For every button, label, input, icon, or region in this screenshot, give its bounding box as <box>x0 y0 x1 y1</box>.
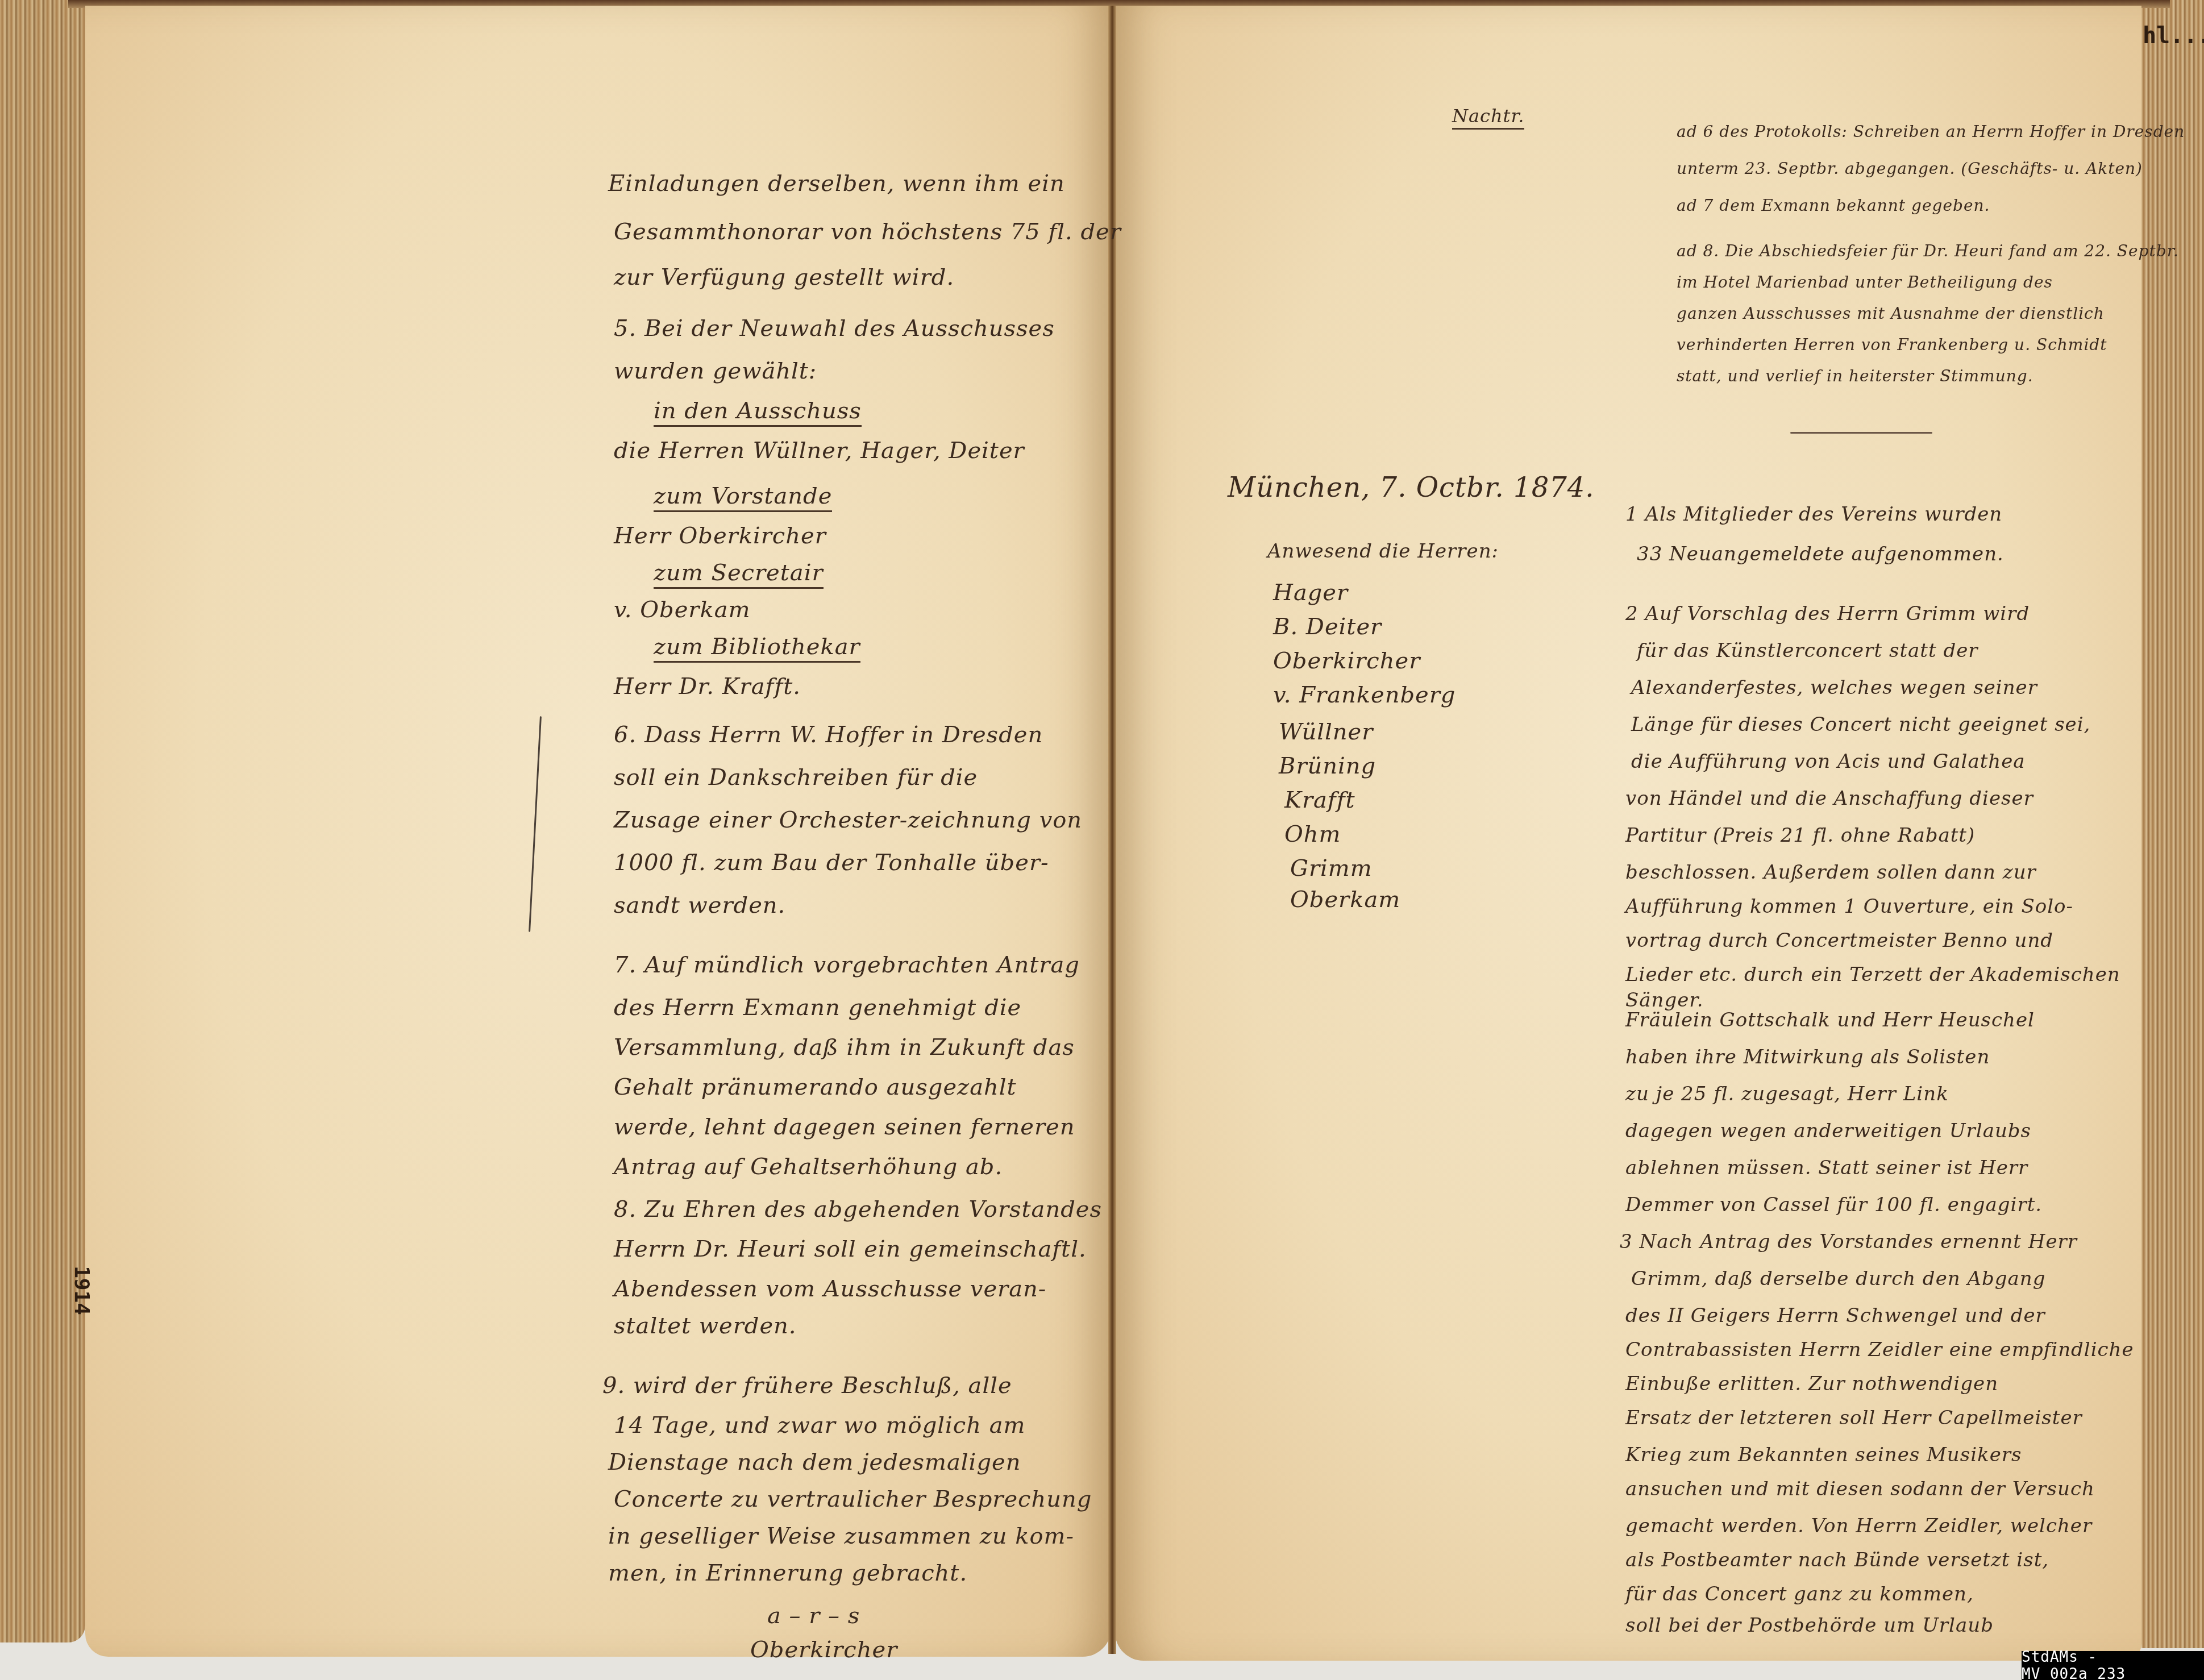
text-line: Herr Dr. Krafft. <box>614 673 801 700</box>
secretary-signature: Oberkircher <box>750 1637 897 1663</box>
item-7-line: Versammlung, daß ihm in Zukunft das <box>614 1034 1075 1061</box>
attendee: v. Frankenberg <box>1273 682 1456 708</box>
item-2-line: Länge für dieses Concert nicht geeignet … <box>1631 713 2090 736</box>
item-5-heading: 5. Bei der Neuwahl des Ausschusses <box>614 315 1055 342</box>
item-3-line: 3 Nach Antrag des Vorstandes ernennt Her… <box>1620 1230 2077 1253</box>
attendee: Oberkircher <box>1273 648 1420 674</box>
text-line: Herr Oberkircher <box>614 523 826 549</box>
addendum-line: ad 8. Die Abschiedsfeier für Dr. Heuri f… <box>1677 242 2179 260</box>
attendee: Krafft <box>1284 787 1355 813</box>
item-8-line: Abendessen vom Ausschusse veran- <box>614 1276 1046 1302</box>
item-6-line: 1000 fl. zum Bau der Tonhalle über- <box>614 850 1049 876</box>
item-2-line: die Aufführung von Acis und Galathea <box>1631 750 2026 773</box>
attendee: Hager <box>1273 580 1348 606</box>
item-3-line: Einbuße erlitten. Zur nothwendigen <box>1625 1373 1998 1395</box>
addendum-line: ad 7 dem Exmann bekannt gegeben. <box>1677 196 1990 215</box>
item-9-line: in geselliger Weise zusammen zu kom- <box>608 1523 1074 1549</box>
item-2-line: 2 Auf Vorschlag des Herrn Grimm wird <box>1625 602 2030 625</box>
item-9-line: 14 Tage, und zwar wo möglich am <box>614 1412 1025 1438</box>
item-3-line: ansuchen und mit diesen sodann der Versu… <box>1625 1478 2095 1500</box>
closing-mark: a – r – s <box>767 1603 860 1629</box>
item-7-line: des Herrn Exmann genehmigt die <box>614 995 1021 1021</box>
attendee: Brüning <box>1279 753 1376 779</box>
text-line: wurden gewählt: <box>614 358 817 384</box>
item-2-line: Alexanderfestes, welches wegen seiner <box>1631 676 2037 699</box>
item-8-line: 8. Zu Ehren des abgehenden Vorstandes <box>614 1196 1102 1222</box>
item-3-line: Contrabassisten Herrn Zeidler eine empfi… <box>1625 1338 2134 1361</box>
item-1-line: 33 Neuangemeldete aufgenommen. <box>1637 543 2004 565</box>
attendance-heading: Anwesend die Herren: <box>1267 540 1499 563</box>
section-divider <box>1790 432 1932 434</box>
item-2-line: Fräulein Gottschalk und Herr Heuschel <box>1625 1009 2035 1032</box>
item-6-line: Zusage einer Orchester-zeichnung von <box>614 807 1082 833</box>
item-2-line: Aufführung kommen 1 Ouverture, ein Solo- <box>1625 895 2073 918</box>
item-2-line: dagegen wegen anderweitigen Urlaubs <box>1625 1120 2031 1142</box>
item-9-line: Dienstage nach dem jedesmaligen <box>608 1449 1021 1475</box>
item-6-line: 6. Dass Herrn W. Hoffer in Dresden <box>614 722 1043 748</box>
role-heading-librarian: zum Bibliothekar <box>654 634 860 663</box>
item-6-line: soll ein Dankschreiben für die <box>614 764 978 791</box>
addendum-line: im Hotel Marienbad unter Betheiligung de… <box>1677 273 2053 292</box>
left-page-block-edge <box>0 0 85 1642</box>
right-edge-mark: hl... <box>2143 23 2204 49</box>
item-2-line: Partitur (Preis 21 fl. ohne Rabatt) <box>1625 824 1975 847</box>
item-2-line: Lieder etc. durch ein Terzett der Akadem… <box>1625 963 2120 986</box>
attendee: Grimm <box>1290 855 1373 881</box>
item-2-line: zu je 25 fl. zugesagt, Herr Link <box>1625 1083 1949 1105</box>
archive-id-label: StdAMs - MV_002a_233 <box>2022 1651 2204 1680</box>
item-2-line: vortrag durch Concertmeister Benno und <box>1625 929 2053 952</box>
item-3-line: des II Geigers Herrn Schwengel und der <box>1625 1304 2045 1327</box>
margin-heading: Nachtr. <box>1452 105 1524 130</box>
item-7-line: Antrag auf Gehaltserhöhung ab. <box>614 1154 1003 1180</box>
item-6-line: sandt werden. <box>614 892 785 918</box>
text-line: Gesammthonorar von höchstens 75 fl. der <box>614 219 1121 245</box>
item-2-line: ablehnen müssen. Statt seiner ist Herr <box>1625 1157 2028 1179</box>
addendum-line: ad 6 des Protokolls: Schreiben an Herrn … <box>1677 122 2185 141</box>
text-line: Einladungen derselben, wenn ihm ein <box>608 171 1065 197</box>
item-2-line: haben ihre Mitwirkung als Solisten <box>1625 1046 1990 1068</box>
item-3-line: gemacht werden. Von Herrn Zeidler, welch… <box>1625 1515 2092 1537</box>
item-2-line: beschlossen. Außerdem sollen dann zur <box>1625 861 2036 884</box>
item-1-line: 1 Als Mitglieder des Vereins wurden <box>1625 503 2002 526</box>
item-9-line: men, in Erinnerung gebracht. <box>608 1560 967 1586</box>
item-2-line: Sänger. <box>1625 989 1704 1012</box>
role-heading-secretary: zum Secretair <box>654 560 824 589</box>
item-2-line: Demmer von Cassel für 100 fl. engagirt. <box>1625 1194 2042 1216</box>
item-3-line: Ersatz der letzteren soll Herr Capellmei… <box>1625 1407 2082 1429</box>
item-7-line: 7. Auf mündlich vorgebrachten Antrag <box>614 952 1080 978</box>
item-2-line: von Händel und die Anschaffung dieser <box>1625 787 2033 810</box>
attendee: Ohm <box>1284 821 1341 847</box>
item-7-line: werde, lehnt dagegen seinen ferneren <box>614 1114 1075 1140</box>
addendum-line: verhinderten Herren von Frankenberg u. S… <box>1677 335 2107 354</box>
item-3-line: für das Concert ganz zu kommen, <box>1625 1583 1974 1606</box>
addendum-line: statt, und verlief in heiterster Stimmun… <box>1677 367 2033 385</box>
attendee: Wüllner <box>1279 719 1373 745</box>
addendum-line: ganzen Ausschusses mit Ausnahme der dien… <box>1677 304 2105 323</box>
text-line: die Herren Wüllner, Hager, Deiter <box>614 438 1025 464</box>
text-line: v. Oberkam <box>614 597 751 623</box>
item-2-line: für das Künstlerconcert statt der <box>1637 639 1978 662</box>
item-3-line: Grimm, daß derselbe durch den Abgang <box>1631 1267 2045 1290</box>
left-edge-mark: 1914 <box>70 1266 93 1315</box>
text-line: in den Ausschuss <box>654 398 862 427</box>
item-3-line: Krieg zum Bekannten seines Musikers <box>1625 1444 2022 1466</box>
item-8-line: Herrn Dr. Heuri soll ein gemeinschaftl. <box>614 1236 1087 1262</box>
item-3-line: soll bei der Postbehörde um Urlaub <box>1625 1614 1994 1637</box>
spine-gutter <box>1108 6 1116 1654</box>
item-8-line: staltet werden. <box>614 1313 797 1339</box>
item-9-line: Concerte zu vertraulicher Besprechung <box>614 1486 1092 1512</box>
session-date: München, 7. Octbr. 1874. <box>1228 472 1595 504</box>
text-line: zur Verfügung gestellt wird. <box>614 264 954 290</box>
attendee: B. Deiter <box>1273 614 1382 640</box>
attendee: Oberkam <box>1290 887 1400 913</box>
item-3-line: als Postbeamter nach Bünde versetzt ist, <box>1625 1549 2049 1571</box>
item-7-line: Gehalt pränumerando ausgezahlt <box>614 1074 1017 1100</box>
item-9-line: 9. wird der frühere Beschluß, alle <box>602 1373 1012 1399</box>
addendum-line: unterm 23. Septbr. abgegangen. (Geschäft… <box>1677 159 2143 178</box>
role-heading-chairman: zum Vorstande <box>654 483 832 512</box>
